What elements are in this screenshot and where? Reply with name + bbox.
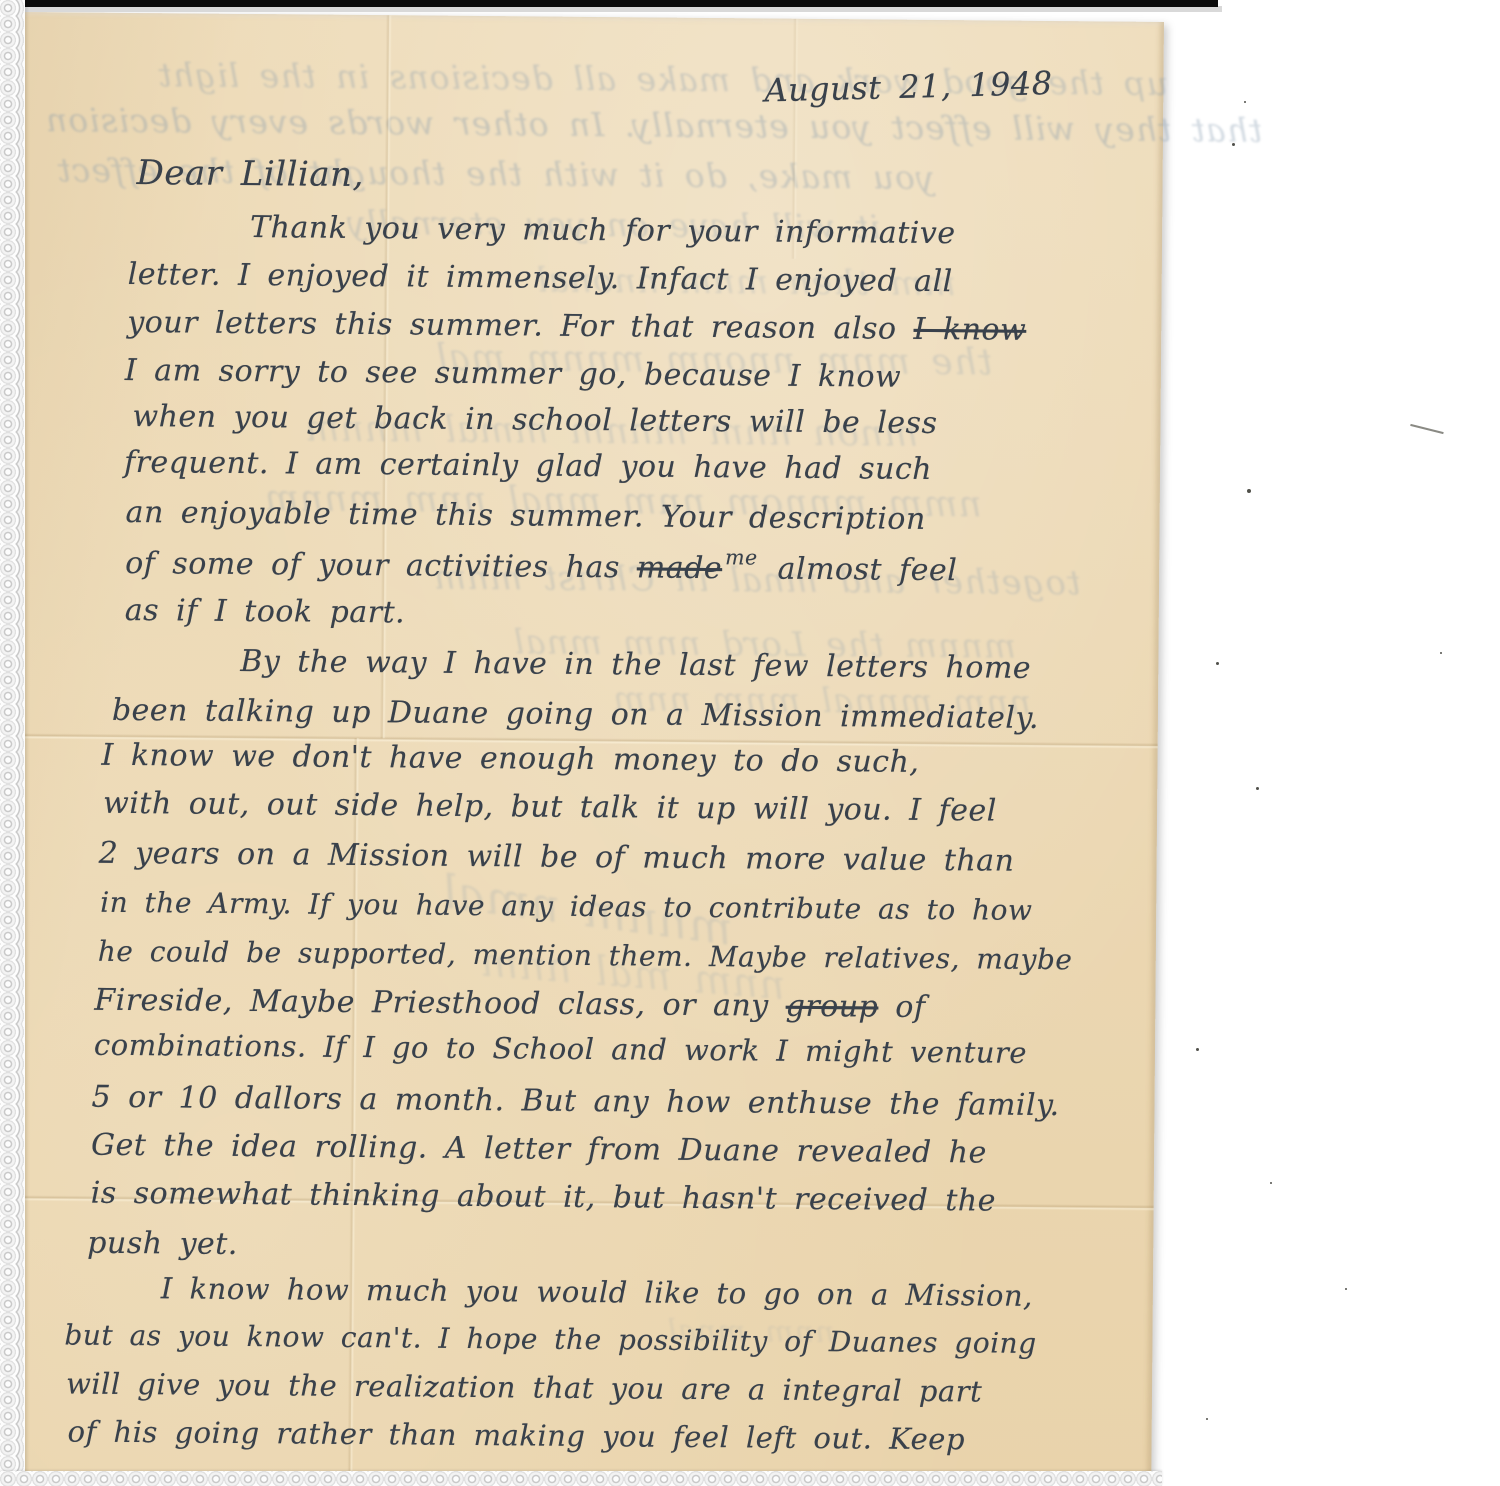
letter-line: frequent. I am certainly glad you have h… <box>124 445 932 487</box>
letter-line: combinations. If I go to School and work… <box>94 1028 1027 1070</box>
sleeve-scalloped-left-edge <box>0 0 25 1486</box>
dust-speck <box>1440 652 1442 654</box>
letter-line: I am sorry to see summer go, because I k… <box>125 353 902 395</box>
letter-line: an enjoyable time this summer. Your desc… <box>125 495 925 537</box>
text-segment: Fireside, Maybe Priesthood class, or any <box>94 983 786 1024</box>
text-segment: but as you know can't. I hope the possib… <box>64 1318 1036 1359</box>
inserted-text: me <box>725 545 758 569</box>
bleedthrough-layer: up the good work and make all decisions … <box>18 12 1164 22</box>
letter-line: when you get back in school letters will… <box>132 399 937 441</box>
text-segment: push yet. <box>87 1226 238 1262</box>
text-segment: been talking up Duane going on a Mission… <box>112 693 1039 736</box>
dust-speck <box>1196 1048 1199 1051</box>
letter-line: your letters this summer. For that reaso… <box>127 305 1026 348</box>
letter-line: Fireside, Maybe Priesthood class, or any… <box>94 983 925 1025</box>
text-segment: he could be supported, mention them. May… <box>98 935 1073 977</box>
text-segment: is somewhat thinking about it, but hasn'… <box>91 1176 997 1219</box>
text-segment: your letters this summer. For that reaso… <box>127 305 914 347</box>
letter-line: he could be supported, mention them. May… <box>98 935 1073 977</box>
dust-speck <box>1270 1182 1272 1184</box>
text-segment: with out, out side help, but talk it up … <box>103 786 997 829</box>
dust-speck <box>1244 101 1246 103</box>
text-segment: combinations. If I go to School and work… <box>94 1028 1027 1070</box>
text-segment: frequent. I am certainly glad you have h… <box>124 445 932 487</box>
dust-speck <box>1247 489 1251 493</box>
date-line: August 21, 1948 <box>764 64 1053 110</box>
dust-speck <box>1256 787 1259 790</box>
text-segment: as if I took part. <box>125 593 406 630</box>
letter-line: Get the idea rolling. A letter from Duan… <box>91 1128 987 1171</box>
dust-speck <box>1206 1418 1208 1420</box>
letter-line: of some of your activities has mademe al… <box>125 546 957 588</box>
scan-black-strip <box>8 0 1218 7</box>
letter-body: Thank you very much for your informative… <box>18 12 1164 22</box>
letter-line: is somewhat thinking about it, but hasn'… <box>91 1176 997 1219</box>
text-segment: 2 years on a Mission will be of much mor… <box>99 836 1015 879</box>
struck-text: made <box>637 550 723 586</box>
scratch-mark <box>1410 424 1443 434</box>
text-segment: I am sorry to see summer go, because I k… <box>125 353 902 395</box>
letter-line: 5 or 10 dallors a month. But any how ent… <box>91 1080 1059 1123</box>
text-segment: will give you the realization that you a… <box>66 1366 983 1408</box>
scanned-letter-page: { "page": { "background_color": "#ffffff… <box>0 0 1500 1486</box>
text-segment: Get the idea rolling. A letter from Duan… <box>91 1128 987 1171</box>
dust-speck <box>1345 1288 1347 1290</box>
letter-line: I know we don't have enough money to do … <box>101 738 919 780</box>
letter-line: 2 years on a Mission will be of much mor… <box>99 836 1015 879</box>
bleedthrough-line: that they will effect you eternally. In … <box>45 100 1262 150</box>
text-segment: of his going rather than making you feel… <box>67 1414 965 1456</box>
letter-line: push yet. <box>87 1226 238 1262</box>
letter-line: of his going rather than making you feel… <box>67 1414 965 1456</box>
text-segment: Thank you very much for your informative <box>250 210 956 251</box>
text-segment: of <box>878 990 926 1025</box>
letter-line: letter. I enjoyed it immensely. Infact I… <box>128 257 953 299</box>
text-segment: when you get back in school letters will… <box>132 399 937 441</box>
letter-line: as if I took part. <box>125 593 406 630</box>
text-segment: in the Army. If you have any ideas to co… <box>100 886 1032 927</box>
text-segment: By the way I have in the last few letter… <box>240 644 1031 686</box>
letter-line: but as you know can't. I hope the possib… <box>64 1318 1036 1359</box>
sleeve-scalloped-bottom-edge <box>0 1471 1162 1486</box>
text-segment: an enjoyable time this summer. Your desc… <box>125 495 925 537</box>
letter-line: I know how much you would like to go on … <box>161 1271 1033 1313</box>
text-segment: 5 or 10 dallors a month. But any how ent… <box>91 1080 1059 1123</box>
dust-speck <box>1216 662 1219 665</box>
letter-line: with out, out side help, but talk it up … <box>103 786 997 829</box>
struck-text: I know <box>913 312 1026 348</box>
struck-text: group <box>786 989 879 1025</box>
letter-paper: up the good work and make all decisions … <box>5 12 1164 1486</box>
letter-line: been talking up Duane going on a Mission… <box>112 693 1039 736</box>
text-segment: I know we don't have enough money to do … <box>101 738 919 780</box>
salutation: Dear Lillian, <box>136 153 364 195</box>
text-segment: I know how much you would like to go on … <box>161 1271 1033 1313</box>
letter-line: By the way I have in the last few letter… <box>240 644 1031 686</box>
text-segment: of some of your activities has <box>125 546 637 585</box>
letter-line: Thank you very much for your informative <box>250 210 956 251</box>
text-segment: letter. I enjoyed it immensely. Infact I… <box>128 257 953 299</box>
text-segment: almost feel <box>760 552 957 589</box>
letter-line: in the Army. If you have any ideas to co… <box>100 886 1032 927</box>
letter-line: will give you the realization that you a… <box>66 1366 983 1408</box>
